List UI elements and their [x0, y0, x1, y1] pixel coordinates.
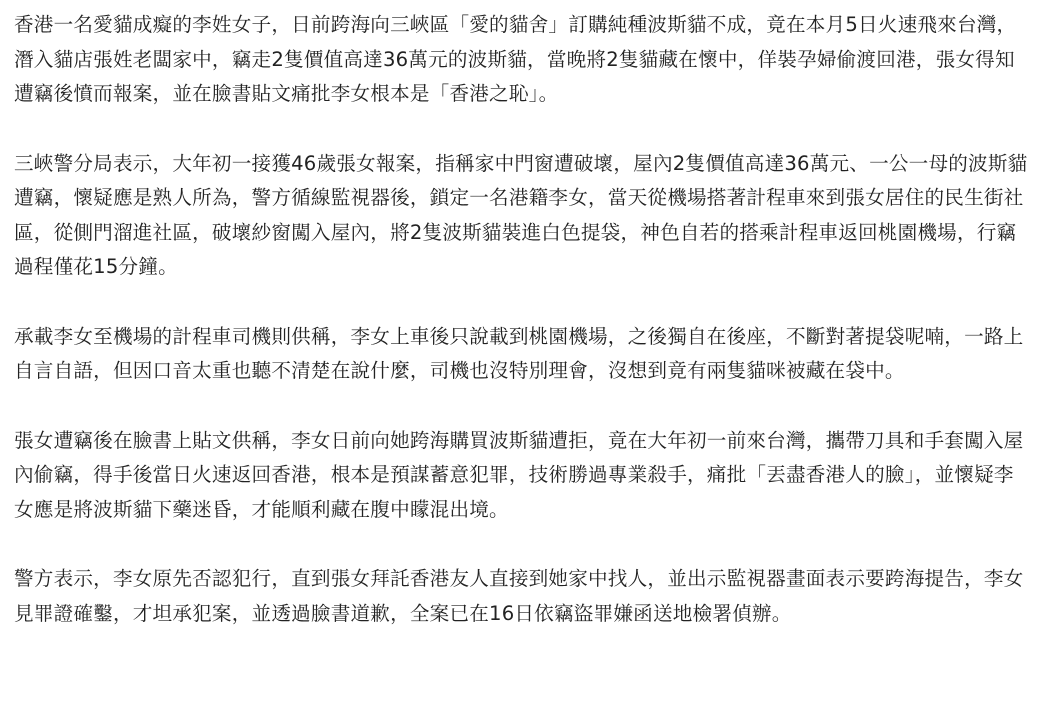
article-paragraph-4: 張女遭竊後在臉書上貼文供稱，李女日前向她跨海購買波斯貓遭拒，竟在大年初一前來台灣… — [14, 424, 1028, 528]
article-paragraph-1: 香港一名愛貓成癡的李姓女子，日前跨海向三峽區「愛的貓舍」訂購純種波斯貓不成，竟在… — [14, 8, 1028, 112]
article-body: 香港一名愛貓成癡的李姓女子，日前跨海向三峽區「愛的貓舍」訂購純種波斯貓不成，竟在… — [0, 0, 1042, 631]
article-paragraph-3: 承載李女至機場的計程車司機則供稱，李女上車後只說載到桃園機場，之後獨自在後座，不… — [14, 320, 1028, 389]
article-paragraph-2: 三峽警分局表示，大年初一接獲46歲張女報案，指稱家中門窗遭破壞，屋內2隻價值高達… — [14, 147, 1028, 285]
article-paragraph-5: 警方表示，李女原先否認犯行，直到張女拜託香港友人直接到她家中找人，並出示監視器畫… — [14, 562, 1028, 631]
